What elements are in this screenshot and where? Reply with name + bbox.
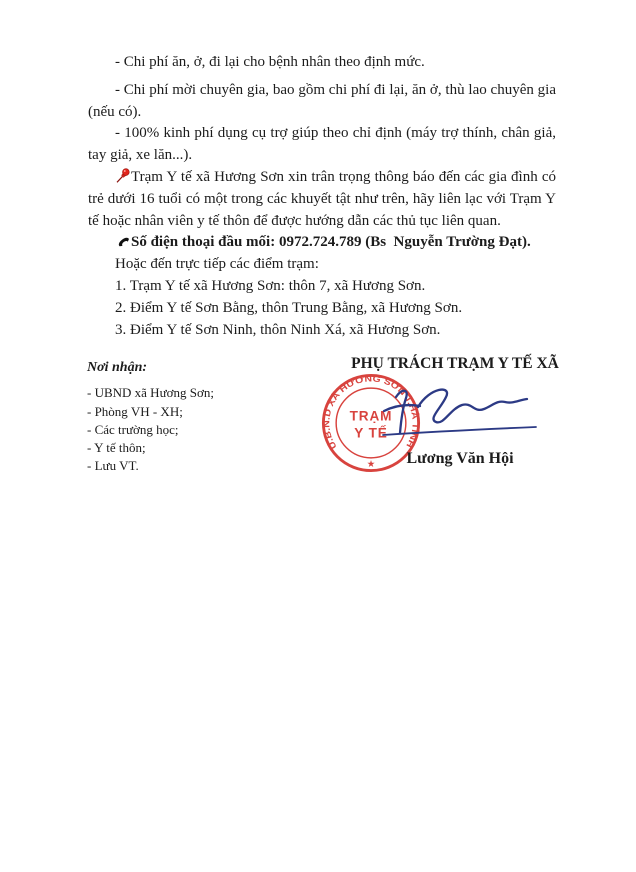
signer-name: Lương Văn Hội	[350, 450, 570, 468]
phone-receiver-icon	[115, 233, 131, 249]
station-item-3: 3. Điểm Y tế Sơn Ninh, thôn Ninh Xá, xã …	[88, 320, 556, 342]
bullet-line-1: - Chi phí ăn, ở, đi lại cho bệnh nhân th…	[88, 52, 556, 74]
station-item-1: 1. Trạm Y tế xã Hương Sơn: thôn 7, xã Hư…	[88, 276, 556, 298]
signer-title: PHỤ TRÁCH TRẠM Y TẾ XÃ	[330, 355, 580, 373]
station-item-2: 2. Điểm Y tế Sơn Bằng, thôn Trung Bằng, …	[88, 298, 556, 320]
hotline-text: Số điện thoại đầu mối: 0972.724.789 (Bs …	[131, 234, 531, 250]
signature-ink	[378, 383, 543, 445]
recipients-block: Nơi nhận: - UBND xã Hương Sơn; - Phòng V…	[87, 359, 214, 476]
document-page: - Chi phí ăn, ở, đi lại cho bệnh nhân th…	[0, 0, 636, 872]
recipient-item: - Y tế thôn;	[87, 439, 214, 457]
document-body: - Chi phí ăn, ở, đi lại cho bệnh nhân th…	[88, 52, 556, 341]
announcement-paragraph: Trạm Y tế xã Hương Sơn xin trân trọng th…	[88, 167, 556, 232]
signature-block: PHỤ TRÁCH TRẠM Y TẾ XÃ U.B.N.D XÃ HƯƠNG …	[330, 355, 580, 490]
recipients-title: Nơi nhận:	[87, 359, 214, 377]
hotline-paragraph: Số điện thoại đầu mối: 0972.724.789 (Bs …	[88, 232, 556, 254]
bullet-line-2: - Chi phí mời chuyên gia, bao gồm chi ph…	[88, 80, 556, 124]
announcement-text: Trạm Y tế xã Hương Sơn xin trân trọng th…	[88, 169, 556, 229]
recipient-item: - Lưu VT.	[87, 457, 214, 475]
recipient-item: - Phòng VH - XH;	[87, 403, 214, 421]
recipient-item: - Các trường học;	[87, 421, 214, 439]
recipient-item: - UBND xã Hương Sơn;	[87, 384, 214, 402]
bullet-line-3: - 100% kinh phí dụng cụ trợ giúp theo ch…	[88, 123, 556, 167]
visit-intro-line: Hoặc đến trực tiếp các điểm trạm:	[88, 254, 556, 276]
pushpin-icon	[115, 167, 131, 184]
